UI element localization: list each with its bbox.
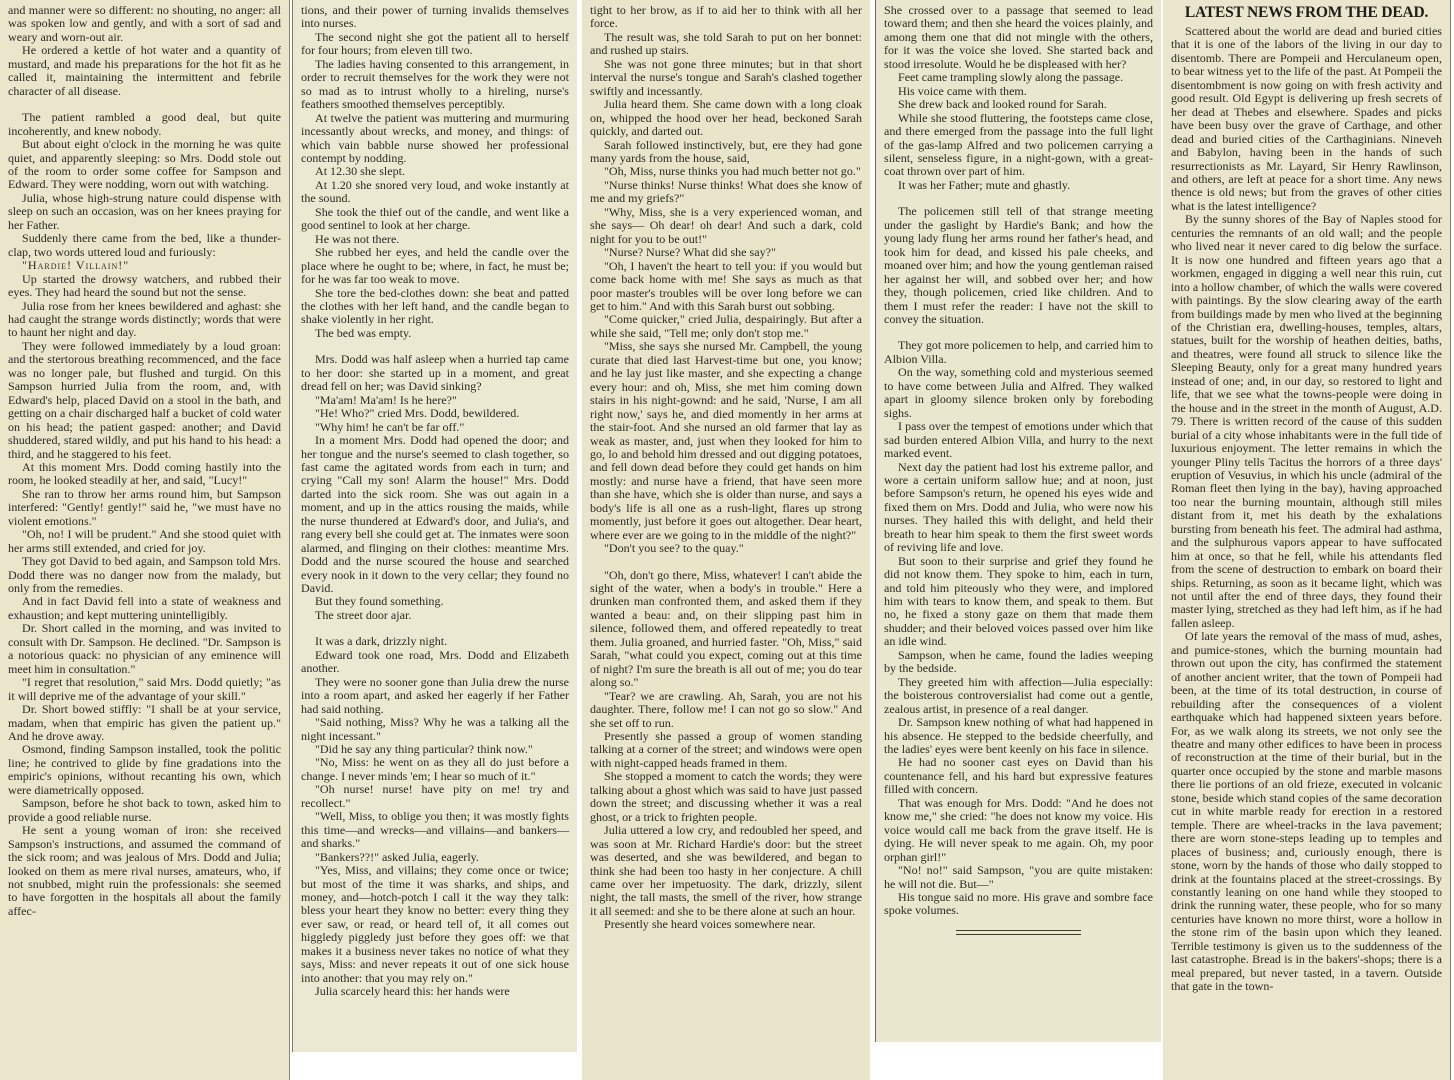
paragraph: "Said nothing, Miss? Why he was a talkin… bbox=[301, 716, 569, 743]
paragraph: She tore the bed-clothes down: she beat … bbox=[301, 287, 569, 327]
paragraph: "Oh, don't go there, Miss, whatever! I c… bbox=[590, 569, 862, 690]
paragraph: Julia, whose high-strung nature could di… bbox=[8, 192, 281, 232]
paragraph: He ordered a kettle of hot water and a q… bbox=[8, 44, 281, 98]
paragraph: "Oh, I haven't the heart to tell you: if… bbox=[590, 260, 862, 314]
paragraph: They greeted him with affection—Julia es… bbox=[884, 676, 1153, 716]
end-of-chapter-rule bbox=[956, 930, 1081, 935]
paragraph: The patient rambled a good deal, but qui… bbox=[8, 111, 281, 138]
paragraph: By the sunny shores of the Bay of Naples… bbox=[1171, 213, 1442, 630]
paragraph: The policemen still tell of that strange… bbox=[884, 205, 1153, 326]
paragraph: His tongue said no more. His grave and s… bbox=[884, 891, 1153, 918]
paragraph: She was not gone three minutes; but in t… bbox=[590, 58, 862, 98]
paragraph: He had no sooner cast eyes on David than… bbox=[884, 756, 1153, 796]
paragraph: "Come quicker," cried Julia, despairingl… bbox=[590, 313, 862, 340]
paragraph: Julia heard them. She came down with a l… bbox=[590, 98, 862, 138]
paragraph: "Well, Miss, to oblige you then; it was … bbox=[301, 810, 569, 850]
paragraph: Julia rose from her knees bewildered and… bbox=[8, 300, 281, 340]
paragraph: Julia uttered a low cry, and redoubled h… bbox=[590, 824, 862, 918]
paragraph: Julia scarcely heard this: her hands wer… bbox=[301, 985, 569, 998]
paragraph: That was enough for Mrs. Dodd: "And he d… bbox=[884, 797, 1153, 864]
paragraph: The street door ajar. bbox=[301, 609, 569, 622]
paragraph: They got David to bed again, and Sampson… bbox=[8, 555, 281, 595]
paragraph: But they found something. bbox=[301, 595, 569, 608]
paragraph: "Oh nurse! nurse! have pity on me! try a… bbox=[301, 783, 569, 810]
column-3-serial-story: tight to her brow, as if to aid her to t… bbox=[582, 0, 870, 1080]
paragraph: tight to her brow, as if to aid her to t… bbox=[590, 4, 862, 31]
paragraph: It was her Father; mute and ghastly. bbox=[884, 179, 1153, 192]
paragraph: Dr. Sampson knew nothing of what had hap… bbox=[884, 716, 1153, 756]
paragraph: "Hardie! Villain!" bbox=[8, 259, 281, 272]
paragraph: But soon to their surprise and grief the… bbox=[884, 555, 1153, 649]
paragraph: Sarah followed instinctively, but, ere t… bbox=[590, 139, 862, 166]
paragraph: The result was, she told Sarah to put on… bbox=[590, 31, 862, 58]
paragraph: "Why him! he can't be far off." bbox=[301, 421, 569, 434]
paragraph: She ran to throw her arms round him, but… bbox=[8, 488, 281, 528]
column-5-latest-news-article: LATEST NEWS FROM THE DEAD. Scattered abo… bbox=[1163, 0, 1451, 1080]
paragraph: The second night she got the patient all… bbox=[301, 31, 569, 58]
section-break bbox=[590, 556, 862, 569]
paragraph: Dr. Short bowed stiffly: "I shall be at … bbox=[8, 703, 281, 743]
paragraph: In a moment Mrs. Dodd had opened the doo… bbox=[301, 434, 569, 595]
column-1-serial-story: and manner were so different: no shoutin… bbox=[0, 0, 290, 1080]
paragraph: "Nurse thinks! Nurse thinks! What does s… bbox=[590, 179, 862, 206]
paragraph: Mrs. Dodd was half asleep when a hurried… bbox=[301, 353, 569, 393]
paragraph: and manner were so different: no shoutin… bbox=[8, 4, 281, 44]
paragraph: Scattered about the world are dead and b… bbox=[1171, 25, 1442, 213]
paragraph: "Did he say any thing particular? think … bbox=[301, 743, 569, 756]
paragraph: "Miss, she says she nursed Mr. Campbell,… bbox=[590, 340, 862, 542]
paragraph: The ladies having consented to this arra… bbox=[301, 58, 569, 112]
paragraph: Next day the patient had lost his extrem… bbox=[884, 461, 1153, 555]
article-headline: LATEST NEWS FROM THE DEAD. bbox=[1171, 4, 1442, 22]
paragraph: tions, and their power of turning invali… bbox=[301, 4, 569, 31]
paragraph: "I regret that resolution," said Mrs. Do… bbox=[8, 676, 281, 703]
column-4-serial-story: She crossed over to a passage that seeme… bbox=[875, 0, 1161, 1042]
paragraph: "No, Miss: he went on as they all do jus… bbox=[301, 756, 569, 783]
paragraph: Presently she passed a group of women st… bbox=[590, 730, 862, 770]
paragraph: At 12.30 she slept. bbox=[301, 165, 569, 178]
newspaper-page: and manner were so different: no shoutin… bbox=[0, 0, 1454, 1080]
paragraph: "Yes, Miss, and villains; they come once… bbox=[301, 864, 569, 985]
paragraph: But about eight o'clock in the morning h… bbox=[8, 138, 281, 192]
paragraph: Suddenly there came from the bed, like a… bbox=[8, 232, 281, 259]
column-2-serial-story: tions, and their power of turning invali… bbox=[292, 0, 577, 1052]
paragraph: They were no sooner gone than Julia drew… bbox=[301, 676, 569, 716]
paragraph: And in fact David fell into a state of w… bbox=[8, 595, 281, 622]
paragraph: "Bankers??!" asked Julia, eagerly. bbox=[301, 851, 569, 864]
paragraph: Presently she heard voices somewhere nea… bbox=[590, 918, 862, 931]
paragraph: It was a dark, drizzly night. bbox=[301, 635, 569, 648]
paragraph: He sent a young woman of iron: she recei… bbox=[8, 824, 281, 918]
paragraph: "Don't you see? to the quay." bbox=[590, 542, 862, 555]
paragraph: Sampson, when he came, found the ladies … bbox=[884, 649, 1153, 676]
paragraph: She stopped a moment to catch the words;… bbox=[590, 770, 862, 824]
paragraph: He was not there. bbox=[301, 233, 569, 246]
paragraph: On the way, something cold and mysteriou… bbox=[884, 366, 1153, 420]
paragraph: His voice came with them. bbox=[884, 85, 1153, 98]
paragraph: Osmond, finding Sampson installed, took … bbox=[8, 743, 281, 797]
paragraph: Sampson, before he shot back to town, as… bbox=[8, 797, 281, 824]
paragraph: They were followed immediately by a loud… bbox=[8, 340, 281, 461]
paragraph: At 1.20 she snored very loud, and woke i… bbox=[301, 179, 569, 206]
paragraph: The bed was empty. bbox=[301, 327, 569, 340]
paragraph: "Nurse? Nurse? What did she say?" bbox=[590, 246, 862, 259]
paragraph: "Ma'am! Ma'am! Is he here?" bbox=[301, 394, 569, 407]
paragraph: Dr. Short called in the morning, and was… bbox=[8, 622, 281, 676]
paragraph: Edward took one road, Mrs. Dodd and Eliz… bbox=[301, 649, 569, 676]
paragraph: "Why, Miss, she is a very experienced wo… bbox=[590, 206, 862, 246]
paragraph: "No! no!" said Sampson, "you are quite m… bbox=[884, 864, 1153, 891]
paragraph: She took the thief out of the candle, an… bbox=[301, 206, 569, 233]
paragraph: "Tear? we are crawling. Ah, Sarah, you a… bbox=[590, 690, 862, 730]
paragraph: "Oh, no! I will be prudent." And she sto… bbox=[8, 528, 281, 555]
paragraph: Feet came trampling slowly along the pas… bbox=[884, 71, 1153, 84]
paragraph: Up started the drowsy watchers, and rubb… bbox=[8, 273, 281, 300]
paragraph: At this moment Mrs. Dodd coming hastily … bbox=[8, 461, 281, 488]
paragraph: While she stood fluttering, the footstep… bbox=[884, 112, 1153, 179]
paragraph: She drew back and looked round for Sarah… bbox=[884, 98, 1153, 111]
paragraph: She rubbed her eyes, and held the candle… bbox=[301, 246, 569, 286]
paragraph: "He! Who?" cried Mrs. Dodd, bewildered. bbox=[301, 407, 569, 420]
paragraph: I pass over the tempest of emotions unde… bbox=[884, 420, 1153, 460]
paragraph: She crossed over to a passage that seeme… bbox=[884, 4, 1153, 71]
paragraph: They got more policemen to help, and car… bbox=[884, 339, 1153, 366]
paragraph: Of late years the removal of the mass of… bbox=[1171, 630, 1442, 993]
paragraph: At twelve the patient was muttering and … bbox=[301, 112, 569, 166]
paragraph: "Oh, Miss, nurse thinks you had much bet… bbox=[590, 165, 862, 178]
